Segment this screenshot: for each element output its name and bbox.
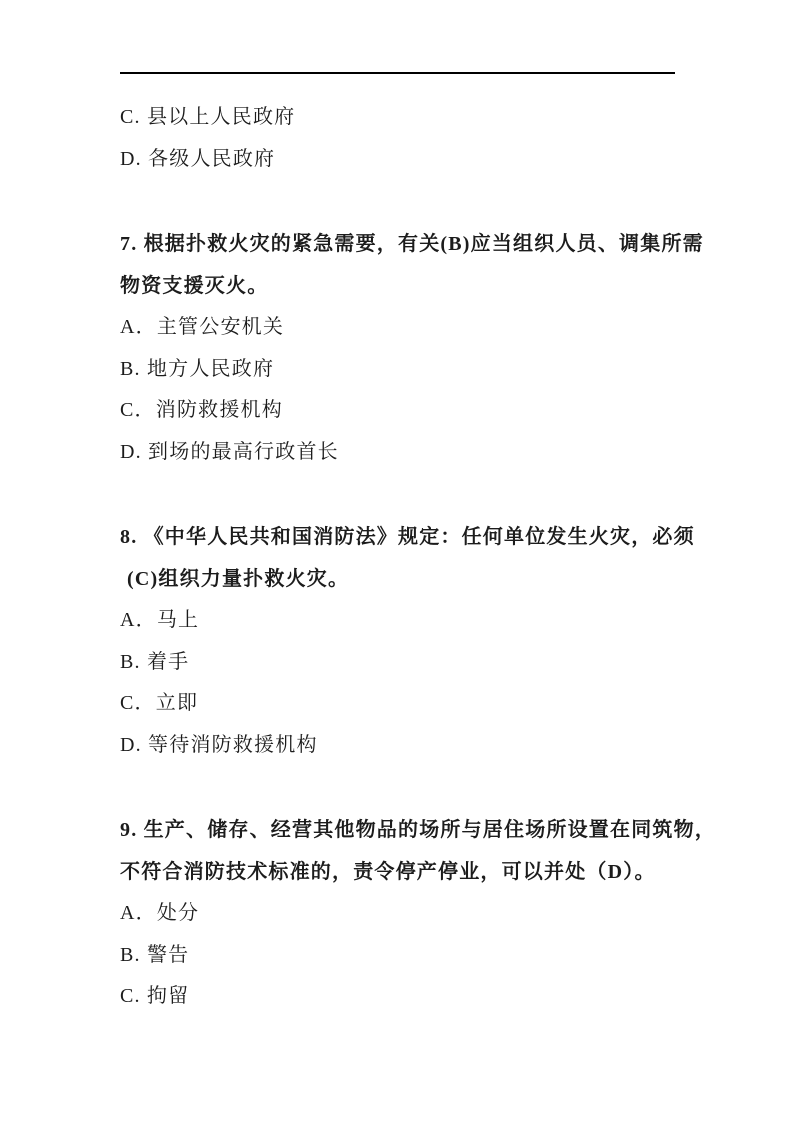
q9-stem-line-2: 不符合消防技术标准的，责令停产停业，可以并处（D）。 bbox=[120, 852, 680, 894]
document-body: C. 县以上人民政府 D. 各级人民政府 7. 根据扑救火灾的紧急需要，有关(B… bbox=[120, 97, 680, 1018]
q9-option-c: C. 拘留 bbox=[120, 976, 680, 1018]
q7-option-a: A．主管公安机关 bbox=[120, 307, 680, 349]
q8-option-d: D. 等待消防救援机构 bbox=[120, 725, 680, 767]
q8-option-b: B. 着手 bbox=[120, 642, 680, 684]
q8-stem-line-1: 8. 《中华人民共和国消防法》规定：任何单位发生火灾，必须 bbox=[120, 517, 680, 559]
q9-option-b: B. 警告 bbox=[120, 935, 680, 977]
q7-stem-line-1: 7. 根据扑救火灾的紧急需要，有关(B)应当组织人员、调集所需 bbox=[120, 224, 680, 266]
q8-option-a: A．马上 bbox=[120, 600, 680, 642]
prev-question-option-d: D. 各级人民政府 bbox=[120, 139, 680, 181]
document-page: C. 县以上人民政府 D. 各级人民政府 7. 根据扑救火灾的紧急需要，有关(B… bbox=[0, 0, 793, 1122]
header-rule bbox=[120, 72, 675, 74]
q8-option-c: C．立即 bbox=[120, 683, 680, 725]
block-gap bbox=[120, 473, 680, 517]
prev-question-option-c: C. 县以上人民政府 bbox=[120, 97, 680, 139]
q7-option-c: C．消防救援机构 bbox=[120, 390, 680, 432]
q8-stem-line-2: (C)组织力量扑救火灾。 bbox=[120, 559, 680, 601]
block-gap bbox=[120, 766, 680, 810]
q9-option-a: A．处分 bbox=[120, 893, 680, 935]
q9-stem-line-1: 9. 生产、储存、经营其他物品的场所与居住场所设置在同筑物， bbox=[120, 810, 680, 852]
block-gap bbox=[120, 180, 680, 224]
q7-option-b: B. 地方人民政府 bbox=[120, 349, 680, 391]
q7-option-d: D. 到场的最高行政首长 bbox=[120, 432, 680, 474]
q7-stem-line-2: 物资支援灭火。 bbox=[120, 266, 680, 308]
